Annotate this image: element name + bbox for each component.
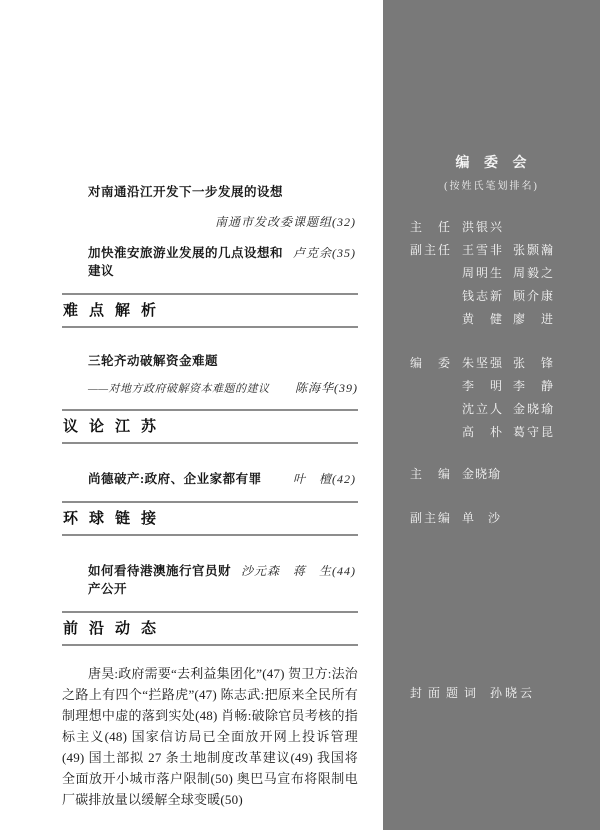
board-row: 副主任王雪非张颢瀚 bbox=[383, 239, 600, 262]
section-heading-jiangsu-discussion: 议论江苏 bbox=[62, 411, 358, 442]
editorial-board-title: 编 委 会 bbox=[383, 152, 600, 172]
article-author: 叶 檀(42) bbox=[293, 470, 358, 487]
divider-rule bbox=[62, 644, 358, 646]
editorial-board-sidebar: 编 委 会 (按姓氏笔划排名) 主 任洪银兴 副主任王雪非张颢瀚 周明生周毅之 … bbox=[383, 0, 600, 830]
board-row: 钱志新顾介康 bbox=[383, 285, 600, 308]
member-name: 洪银兴 bbox=[462, 216, 502, 239]
member-name: 高 朴 bbox=[462, 421, 502, 444]
member-name: 葛守昆 bbox=[513, 421, 553, 444]
deputy-chief-editor-row: 副主编单 沙 bbox=[383, 507, 600, 530]
board-row: 周明生周毅之 bbox=[383, 262, 600, 285]
member-name: 金晓瑜 bbox=[513, 398, 553, 421]
member-name: 钱志新 bbox=[462, 285, 502, 308]
board-row: 黄 健廖 进 bbox=[383, 308, 600, 331]
article-author: 南通市发改委课题组(32) bbox=[215, 215, 356, 229]
toc-entry: 尚德破产:政府、企业家都有罪 叶 檀(42) bbox=[62, 470, 358, 488]
member-name: 周毅之 bbox=[513, 262, 553, 285]
member-name: 张 锋 bbox=[513, 352, 553, 375]
member-name: 廖 进 bbox=[513, 308, 553, 331]
member-name: 李 明 bbox=[462, 375, 502, 398]
role-label: 主 任 bbox=[410, 216, 450, 239]
member-name: 金晓瑜 bbox=[462, 463, 501, 486]
board-row: 李 明李 静 bbox=[383, 375, 600, 398]
toc-entry: 加快淮安旅游业发展的几点设想和建议 卢克余(35) bbox=[62, 244, 358, 280]
calligrapher-name: 孙晓云 bbox=[490, 682, 535, 705]
board-row: 主 任洪银兴 bbox=[383, 216, 600, 239]
divider-rule bbox=[62, 534, 358, 536]
board-row: 编 委朱坚强张 锋 bbox=[383, 352, 600, 375]
role-label: 主 编 bbox=[410, 463, 450, 486]
committee-block: 编 委朱坚强张 锋 李 明李 静 沈立人金晓瑜 高 朴葛守昆 bbox=[383, 352, 600, 444]
divider-rule bbox=[62, 326, 358, 328]
cover-inscription-row: 封面题词孙晓云 bbox=[383, 682, 600, 705]
role-label: 副主任 bbox=[410, 239, 450, 262]
toc-entry: 对南通沿江开发下一步发展的设想 南通市发改委课题组(32) bbox=[62, 183, 358, 230]
role-label: 副主编 bbox=[410, 507, 450, 530]
article-title: 三轮齐动破解资金难题 bbox=[62, 352, 358, 370]
toc-column: 对南通沿江开发下一步发展的设想 南通市发改委课题组(32) 加快淮安旅游业发展的… bbox=[62, 183, 358, 810]
article-title: 尚德破产:政府、企业家都有罪 bbox=[62, 470, 262, 488]
article-title: 对南通沿江开发下一步发展的设想 bbox=[62, 183, 358, 201]
member-name: 王雪非 bbox=[462, 239, 502, 262]
member-name: 张颢瀚 bbox=[513, 239, 553, 262]
name-order-note: (按姓氏笔划排名) bbox=[383, 177, 600, 192]
section-heading-difficulty-analysis: 难点解析 bbox=[62, 295, 358, 326]
role-label: 编 委 bbox=[410, 352, 450, 375]
member-name: 周明生 bbox=[462, 262, 502, 285]
article-title: 加快淮安旅游业发展的几点设想和建议 bbox=[62, 244, 293, 280]
article-author: 沙元森 蒋 生(44) bbox=[241, 562, 358, 579]
magazine-toc-page: 对南通沿江开发下一步发展的设想 南通市发改委课题组(32) 加快淮安旅游业发展的… bbox=[0, 0, 600, 830]
member-name: 沈立人 bbox=[462, 398, 502, 421]
member-name: 黄 健 bbox=[462, 308, 502, 331]
divider-rule bbox=[62, 442, 358, 444]
member-name: 顾介康 bbox=[513, 285, 553, 308]
article-author: 陈海华(39) bbox=[295, 379, 358, 396]
board-row: 沈立人金晓瑜 bbox=[383, 398, 600, 421]
role-label: 封面题词 bbox=[410, 682, 482, 705]
member-name: 单 沙 bbox=[462, 507, 501, 530]
director-block: 主 任洪银兴 副主任王雪非张颢瀚 周明生周毅之 钱志新顾介康 黄 健廖 进 bbox=[383, 216, 600, 331]
chief-editor-row: 主 编金晓瑜 bbox=[383, 463, 600, 486]
member-name: 朱坚强 bbox=[462, 352, 502, 375]
news-digest-paragraph: 唐昊:政府需要“去利益集团化”(47) 贺卫方:法治之路上有四个“拦路虎”(47… bbox=[62, 663, 358, 810]
article-subtitle: ——对地方政府破解资本难题的建议 bbox=[88, 380, 270, 396]
section-heading-frontier-news: 前沿动态 bbox=[62, 613, 358, 644]
member-name: 李 静 bbox=[513, 375, 553, 398]
toc-entry: 三轮齐动破解资金难题 ——对地方政府破解资本难题的建议 陈海华(39) bbox=[62, 352, 358, 396]
toc-entry: 如何看待港澳施行官员财产公开 沙元森 蒋 生(44) bbox=[62, 562, 358, 598]
article-author: 卢克余(35) bbox=[293, 244, 358, 261]
board-row: 高 朴葛守昆 bbox=[383, 421, 600, 444]
article-title: 如何看待港澳施行官员财产公开 bbox=[62, 562, 241, 598]
section-heading-global-link: 环球链接 bbox=[62, 503, 358, 534]
